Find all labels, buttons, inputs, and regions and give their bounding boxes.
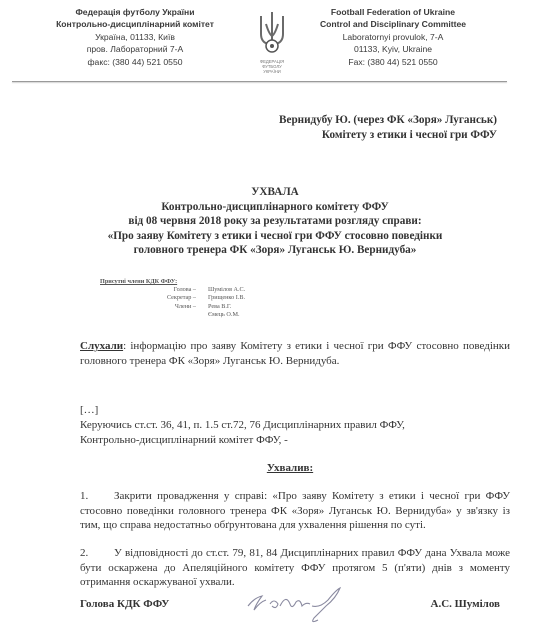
members-present: Присутні члени КДК ФФУ: Голова – Шумілов… [100,278,245,319]
member-row: Ємець О.М. [100,311,245,319]
federation-name-en: Football Federation of Ukraine [318,6,468,18]
decision-item: 2.У відповідності до ст.ст. 79, 81, 84 Д… [80,546,510,590]
member-row: Члени – Рева В.Г. [100,303,245,311]
letterhead-divider [12,81,507,82]
trident-icon [256,10,288,54]
federation-name-ua: Федерація футболу України [50,6,220,18]
letterhead-english: Football Federation of Ukraine Control a… [318,6,468,68]
title-heading: УХВАЛА [40,185,510,200]
address-street-ua: пров. Лабораторний 7-А [50,43,220,55]
emblem-caption: ФЕДЕРАЦІЯ ФУТБОЛУ УКРАЇНИ [254,59,290,74]
address-street-en: Laboratornyi provulok, 7-A [318,31,468,43]
fax-ua: факс: (380 44) 521 0550 [50,56,220,68]
address-city-ua: Україна, 01133, Київ [50,31,220,43]
listened-label: Слухали [80,340,123,352]
address-city-en: 01133, Kyiv, Ukraine [318,43,468,55]
signatory-position: Голова КДК ФФУ [80,598,169,610]
listened-text: : інформацію про заяву Комітету з етики … [80,340,510,367]
member-row: Секретар – Грищенко І.В. [100,294,245,302]
decided-heading: Ухвалив: [60,462,520,474]
signatory-name: А.С. Шумілов [431,598,500,610]
committee-name-ua: Контрольно-дисциплінарний комітет [50,18,220,30]
member-row: Голова – Шумілов А.С. [100,286,245,294]
trident-football-emblem-icon: ФЕДЕРАЦІЯ ФУТБОЛУ УКРАЇНИ [254,10,290,72]
members-title: Присутні члени КДК ФФУ: [100,278,245,286]
letterhead-ukrainian: Федерація футболу України Контрольно-дис… [50,6,220,68]
omission-mark: […] [80,403,510,418]
guided-paragraph: Керуючись ст.ст. 36, 41, п. 1.5 ст.72, 7… [80,418,510,447]
addressee: Вернидубу Ю. (через ФК «Зоря» Луганськ) … [279,113,497,143]
fax-en: Fax: (380 44) 521 0550 [318,56,468,68]
listened-paragraph: Слухали: інформацію про заяву Комітету з… [80,339,510,368]
document-title: УХВАЛА Контрольно-дисциплінарного коміте… [40,185,510,258]
decision-item: 1.Закрити провадження у справі: «Про зая… [80,489,510,533]
handwritten-signature-icon [240,584,360,628]
committee-name-en: Control and Disciplinary Committee [318,18,468,30]
